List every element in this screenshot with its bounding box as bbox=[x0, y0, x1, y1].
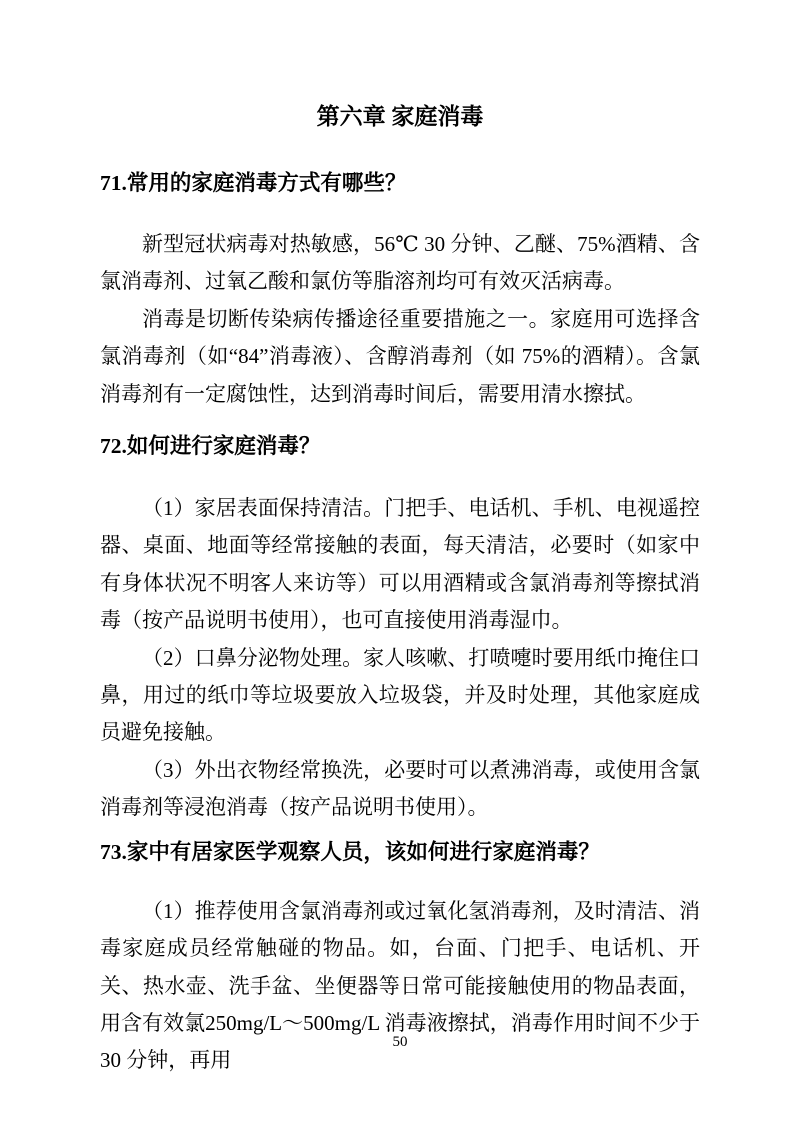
section-question-72: 72.如何进行家庭消毒？ （1）家居表面保持清洁。门把手、电话机、手机、电视遥控… bbox=[100, 432, 700, 827]
chapter-title: 第六章 家庭消毒 bbox=[100, 102, 700, 132]
paragraph: （2）口鼻分泌物处理。家人咳嗽、打喷嚏时要用纸巾掩住口鼻，用过的纸巾等垃圾要放入… bbox=[100, 640, 700, 752]
page-number: 50 bbox=[0, 1034, 800, 1051]
paragraph: 新型冠状病毒对热敏感，56℃ 30 分钟、乙醚、75%酒精、含氯消毒剂、过氧乙酸… bbox=[100, 226, 700, 301]
paragraph: （1）推荐使用含氯消毒剂或过氧化氢消毒剂，及时清洁、消毒家庭成员经常触碰的物品。… bbox=[100, 893, 700, 1080]
question-heading-72: 72.如何进行家庭消毒？ bbox=[100, 432, 700, 460]
section-question-71: 71.常用的家庭消毒方式有哪些？ 新型冠状病毒对热敏感，56℃ 30 分钟、乙醚… bbox=[100, 169, 700, 413]
question-heading-71: 71.常用的家庭消毒方式有哪些？ bbox=[100, 169, 700, 197]
question-heading-73: 73.家中有居家医学观察人员，该如何进行家庭消毒？ bbox=[100, 838, 700, 866]
paragraph: （1）家居表面保持清洁。门把手、电话机、手机、电视遥控器、桌面、地面等经常接触的… bbox=[100, 490, 700, 640]
paragraph: 消毒是切断传染病传播途径重要措施之一。家庭用可选择含氯消毒剂（如“84”消毒液）… bbox=[100, 301, 700, 413]
document-page: 第六章 家庭消毒 71.常用的家庭消毒方式有哪些？ 新型冠状病毒对热敏感，56℃… bbox=[0, 0, 800, 1131]
paragraph: （3）外出衣物经常换洗，必要时可以煮沸消毒，或使用含氯消毒剂等浸泡消毒（按产品说… bbox=[100, 752, 700, 827]
